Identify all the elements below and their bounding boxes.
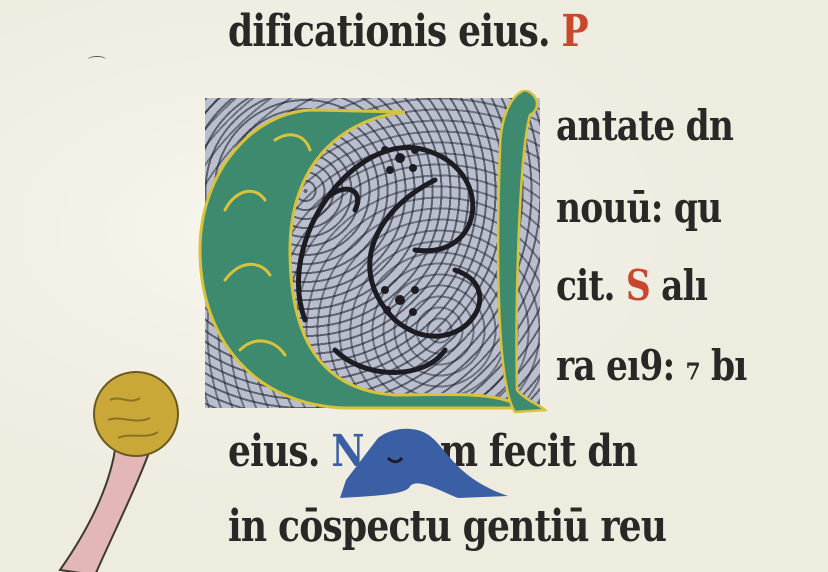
rubric-initial-s: S xyxy=(626,261,650,310)
illuminated-initial-c xyxy=(195,90,550,415)
margin-ornament-icon xyxy=(40,370,200,572)
text-line-3-body: nouū: qu xyxy=(556,183,721,232)
text-line-2: antate dn xyxy=(556,105,733,147)
text-line-5: ra eı9: ₇ bı xyxy=(556,345,747,387)
blue-initial-n-icon xyxy=(338,418,518,508)
text-line-1-body: dificationis eius. xyxy=(228,6,550,57)
rubric-initial-p: P xyxy=(562,6,588,57)
text-line-1: dificationis eius. P xyxy=(228,10,588,54)
margin-mark xyxy=(88,56,106,63)
initial-letter-c-icon xyxy=(195,90,550,415)
text-line-6-pre: eius. xyxy=(228,426,320,477)
manuscript-page: dificationis eius. P antate dn nouū: qu … xyxy=(0,0,828,572)
text-line-2-body: antate dn xyxy=(556,101,733,150)
text-line-7: in cōspectu gentiū reu xyxy=(228,505,666,549)
text-line-4: cit. S alı xyxy=(556,265,707,307)
text-line-3: nouū: qu xyxy=(556,187,721,229)
text-line-4-post: alı xyxy=(661,261,707,310)
text-line-5-body: ra eı9: ₇ bı xyxy=(556,341,747,390)
text-line-7-body: in cōspectu gentiū reu xyxy=(228,501,666,552)
text-line-4-pre: cit. xyxy=(556,261,615,310)
